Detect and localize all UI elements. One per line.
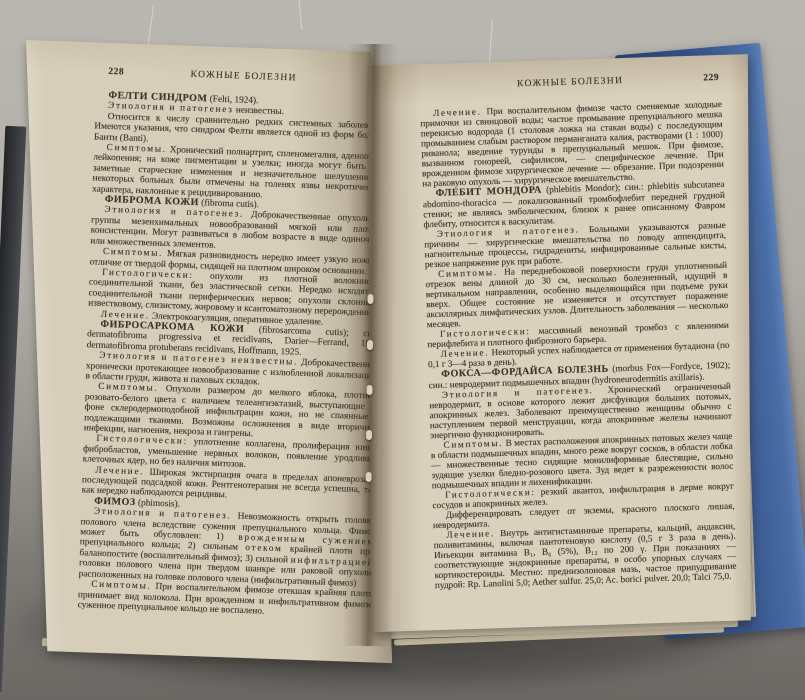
right-page-text: Лечение. При воспалительном фимозе часто…: [420, 99, 737, 590]
paragraph: Этиология и патогенез. Невозможность отк…: [79, 506, 376, 589]
paragraph: Лечение. Внутрь антигистаминные препарат…: [433, 521, 737, 590]
left-running-title: КОЖНЫЕ БОЛЕЗНИ: [96, 66, 391, 87]
text-run: отеком: [245, 543, 283, 554]
left-page: 228 КОЖНЫЕ БОЛЕЗНИ ФЕЛТИ СИНДРОМ (Felti,…: [26, 40, 392, 663]
right-page-header: КОЖНЫЕ БОЛЕЗНИ 229: [419, 73, 721, 95]
right-running-title: КОЖНЫЕ БОЛЕЗНИ: [419, 73, 721, 92]
right-page-number: 229: [703, 73, 719, 83]
left-page-text: ФЕЛТИ СИНДРОМ (Felti, 1924).Этиология и …: [77, 90, 390, 620]
paragraph: Симптомы. На переднебоковой поверхности …: [425, 260, 729, 329]
left-page-text-column: 228 КОЖНЫЕ БОЛЕЗНИ ФЕЛТИ СИНДРОМ (Felti,…: [77, 66, 391, 620]
right-page: КОЖНЫЕ БОЛЕЗНИ 229 Лечение. При воспалит…: [368, 54, 751, 632]
right-page-text-column: КОЖНЫЕ БОЛЕЗНИ 229 Лечение. При воспалит…: [419, 73, 737, 590]
surface-scratch: [147, 5, 154, 50]
text-run: Хронический полиартрит, спленомегалия, а…: [92, 145, 389, 200]
book-photo-scene: 228 КОЖНЫЕ БОЛЕЗНИ ФЕЛТИ СИНДРОМ (Felti,…: [0, 0, 805, 700]
left-page-header: 228 КОЖНЫЕ БОЛЕЗНИ: [96, 66, 391, 89]
surface-scratch: [299, 0, 303, 30]
paragraph: Лечение. При воспалительном фимозе часто…: [420, 99, 724, 188]
